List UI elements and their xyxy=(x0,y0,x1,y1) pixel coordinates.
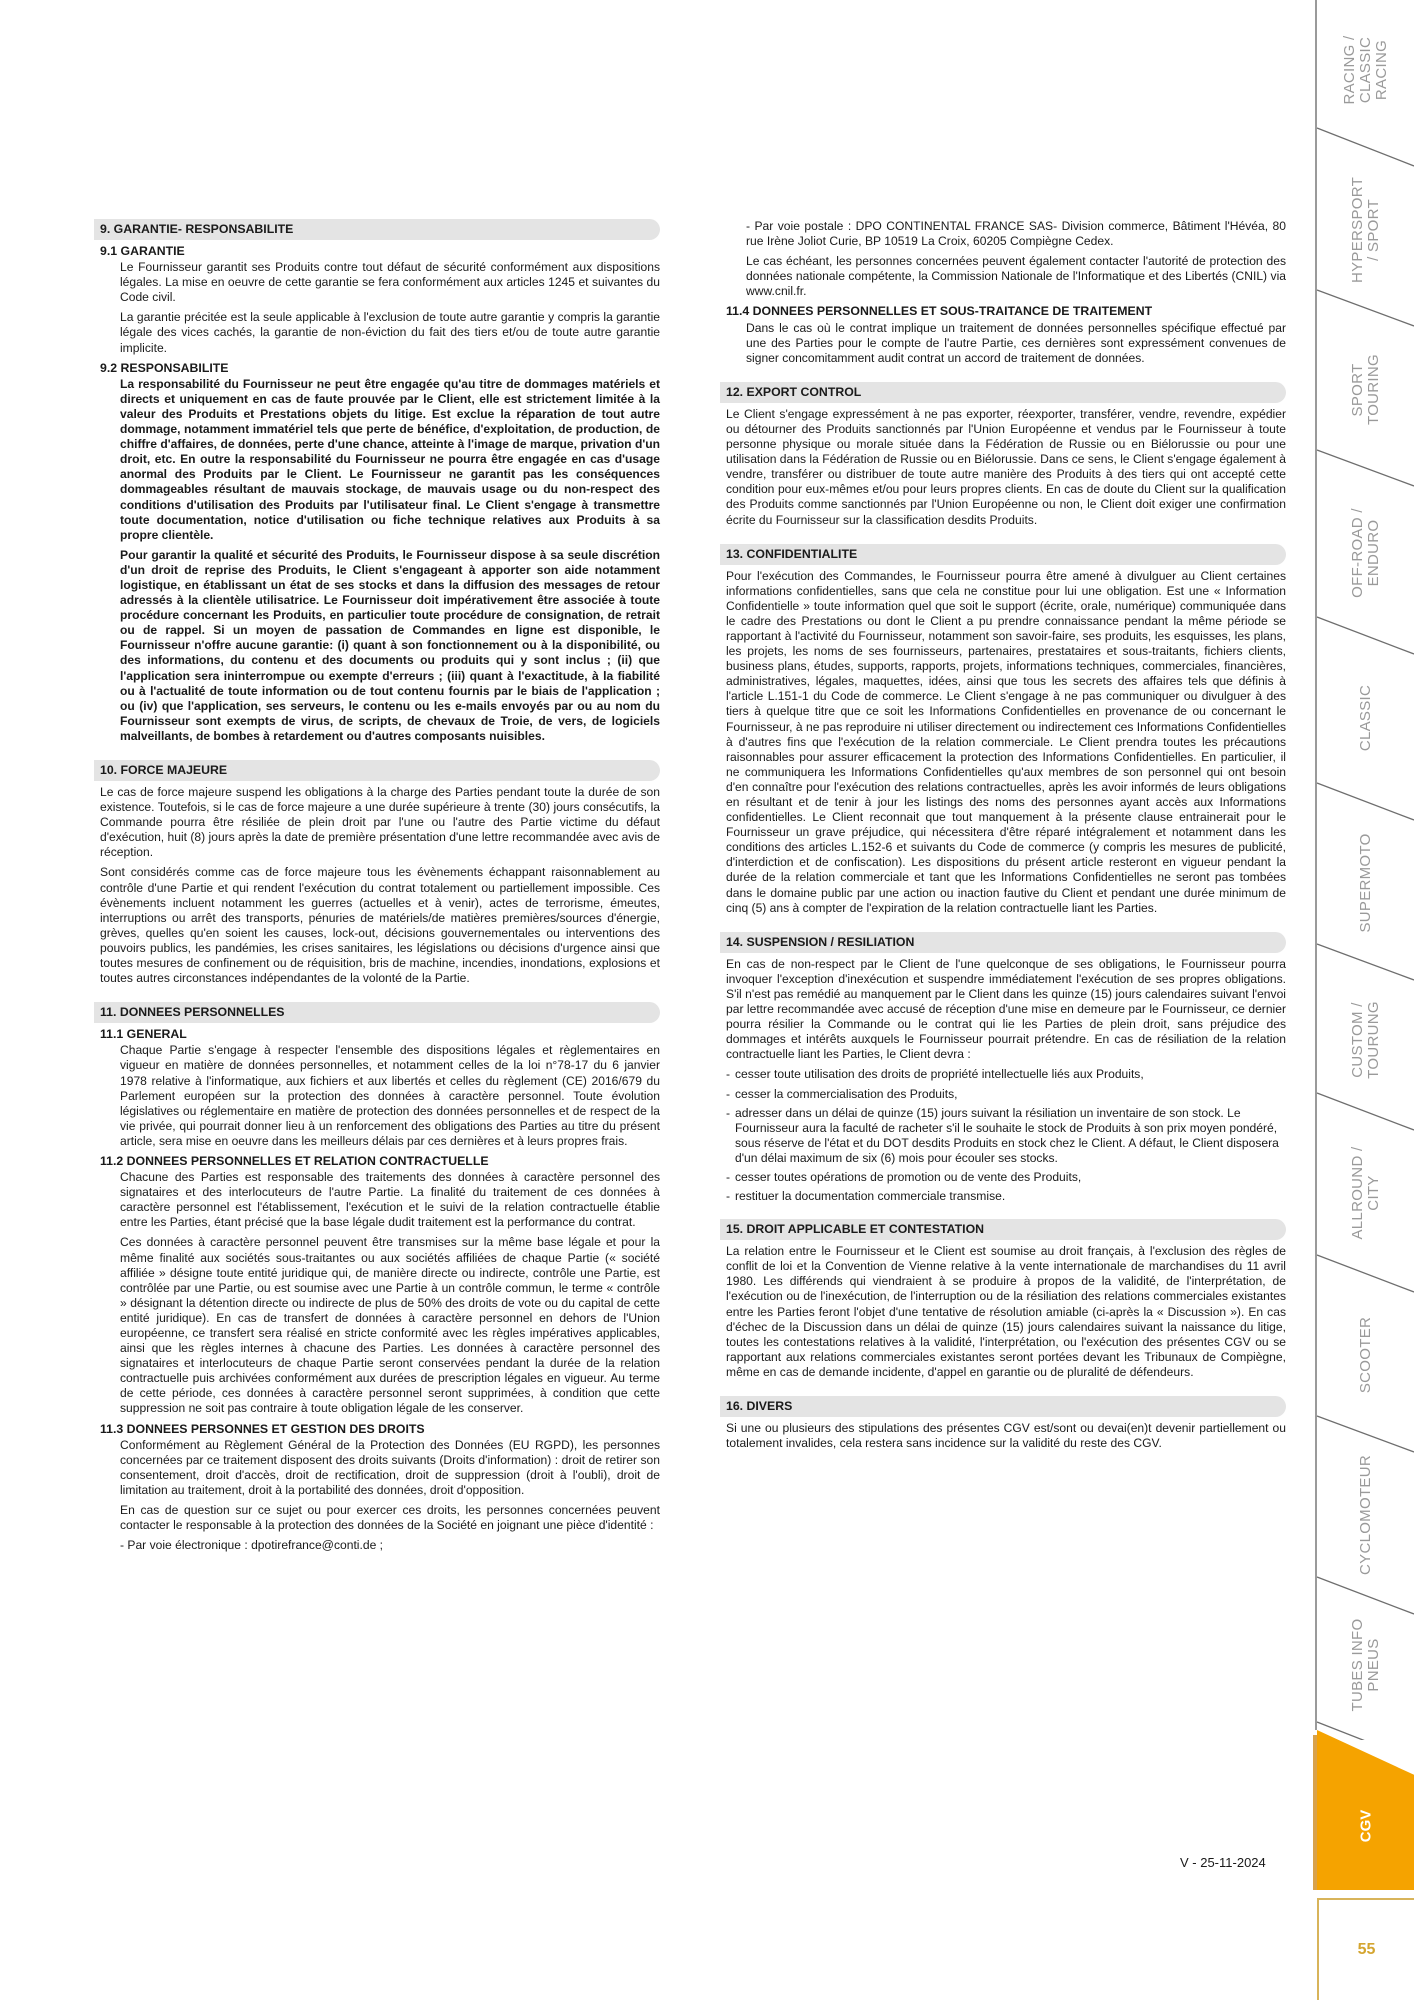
tab-cgv-active[interactable]: CGV xyxy=(1317,1730,1414,1890)
subsection-heading-11-3: 11.3 DONNEES PERSONNES ET GESTION DES DR… xyxy=(100,1422,660,1437)
subsection-heading-9-2: 9.2 RESPONSABILITE xyxy=(100,361,660,376)
subsection-heading-11-2: 11.2 DONNEES PERSONNELLES ET RELATION CO… xyxy=(100,1154,660,1169)
tab-tubes[interactable]: TUBES INFO PNEUS xyxy=(1317,1595,1414,1735)
paragraph: Pour garantir la qualité et sécurité des… xyxy=(120,548,660,744)
list-item: cesser toutes opérations de promotion ou… xyxy=(726,1170,1286,1185)
section-heading-15: 15. DROIT APPLICABLE ET CONTESTATION xyxy=(720,1219,1286,1240)
paragraph: Dans le cas où le contrat implique un tr… xyxy=(746,321,1286,366)
right-column: - Par voie postale : DPO CONTINENTAL FRA… xyxy=(726,219,1286,1456)
paragraph: Ces données à caractère personnel peuven… xyxy=(120,1235,660,1416)
section-heading-9: 9. GARANTIE- RESPONSABILITE xyxy=(94,219,660,240)
tab-sport-touring[interactable]: SPORT TOURING xyxy=(1317,310,1414,470)
paragraph: La responsabilité du Fournisseur ne peut… xyxy=(120,377,660,543)
tab-classic[interactable]: CLASSIC xyxy=(1317,635,1414,800)
paragraph: Chacune des Parties est responsable des … xyxy=(120,1170,660,1230)
postal-contact: - Par voie postale : DPO CONTINENTAL FRA… xyxy=(746,219,1286,249)
tab-supermoto[interactable]: SUPERMOTO xyxy=(1317,800,1414,965)
resiliation-list: cesser toute utilisation des droits de p… xyxy=(726,1067,1286,1204)
paragraph: Si une ou plusieurs des stipulations des… xyxy=(726,1421,1286,1451)
list-item: adresser dans un délai de quinze (15) jo… xyxy=(726,1106,1286,1166)
subsection-heading-11-1: 11.1 GENERAL xyxy=(100,1027,660,1042)
tab-racing[interactable]: RACING / CLASSIC RACING xyxy=(1317,10,1414,130)
section-heading-14: 14. SUSPENSION / RESILIATION xyxy=(720,932,1286,953)
tab-cyclomoteur[interactable]: CYCLOMOTEUR xyxy=(1317,1435,1414,1595)
paragraph: Chaque Partie s'engage à respecter l'ens… xyxy=(120,1043,660,1149)
section-heading-16: 16. DIVERS xyxy=(720,1396,1286,1417)
list-item: cesser la commercialisation des Produits… xyxy=(726,1087,1286,1102)
email-contact: - Par voie électronique : dpotirefrance@… xyxy=(120,1538,660,1553)
left-column: 9. GARANTIE- RESPONSABILITE 9.1 GARANTIE… xyxy=(100,219,660,1558)
page-number: 55 xyxy=(1358,1941,1376,1959)
paragraph: Conformément au Règlement Général de la … xyxy=(120,1438,660,1498)
paragraph: Pour l'exécution des Commandes, le Fourn… xyxy=(726,569,1286,916)
subsection-heading-9-1: 9.1 GARANTIE xyxy=(100,244,660,259)
active-tab-edge xyxy=(1313,1735,1317,1890)
paragraph: Sont considérés comme cas de force majeu… xyxy=(100,865,660,986)
section-heading-12: 12. EXPORT CONTROL xyxy=(720,382,1286,403)
paragraph: La garantie précitée est la seule applic… xyxy=(120,310,660,355)
paragraph: Le Fournisseur garantit ses Produits con… xyxy=(120,260,660,305)
paragraph: En cas de question sur ce sujet ou pour … xyxy=(120,1503,660,1533)
tab-off-road[interactable]: OFF-ROAD / ENDURO xyxy=(1317,470,1414,635)
category-sidebar: RACING / CLASSIC RACING HYPERSPORT / SPO… xyxy=(1313,0,1414,2000)
list-item: cesser toute utilisation des droits de p… xyxy=(726,1067,1286,1082)
tab-scooter[interactable]: SCOOTER xyxy=(1317,1275,1414,1435)
section-heading-10: 10. FORCE MAJEURE xyxy=(94,760,660,781)
paragraph: Le cas échéant, les personnes concernées… xyxy=(746,254,1286,299)
paragraph: Le cas de force majeure suspend les obli… xyxy=(100,785,660,860)
paragraph: En cas de non-respect par le Client de l… xyxy=(726,957,1286,1063)
version-date: V - 25-11-2024 xyxy=(1180,1855,1266,1870)
section-heading-13: 13. CONFIDENTIALITE xyxy=(720,544,1286,565)
list-item: restituer la documentation commerciale t… xyxy=(726,1189,1286,1204)
subsection-heading-11-4: 11.4 DONNEES PERSONNELLES ET SOUS-TRAITA… xyxy=(726,304,1286,319)
tab-custom[interactable]: CUSTOM / TOURUNG xyxy=(1317,965,1414,1115)
page-number-box: 55 xyxy=(1317,1898,1414,2000)
paragraph: Le Client s'engage expressément à ne pas… xyxy=(726,407,1286,528)
paragraph: La relation entre le Fournisseur et le C… xyxy=(726,1244,1286,1380)
section-heading-11: 11. DONNEES PERSONNELLES xyxy=(94,1002,660,1023)
tab-hypersport[interactable]: HYPERSPORT / SPORT xyxy=(1317,150,1414,310)
tab-allround[interactable]: ALLROUND / CITY xyxy=(1317,1110,1414,1275)
